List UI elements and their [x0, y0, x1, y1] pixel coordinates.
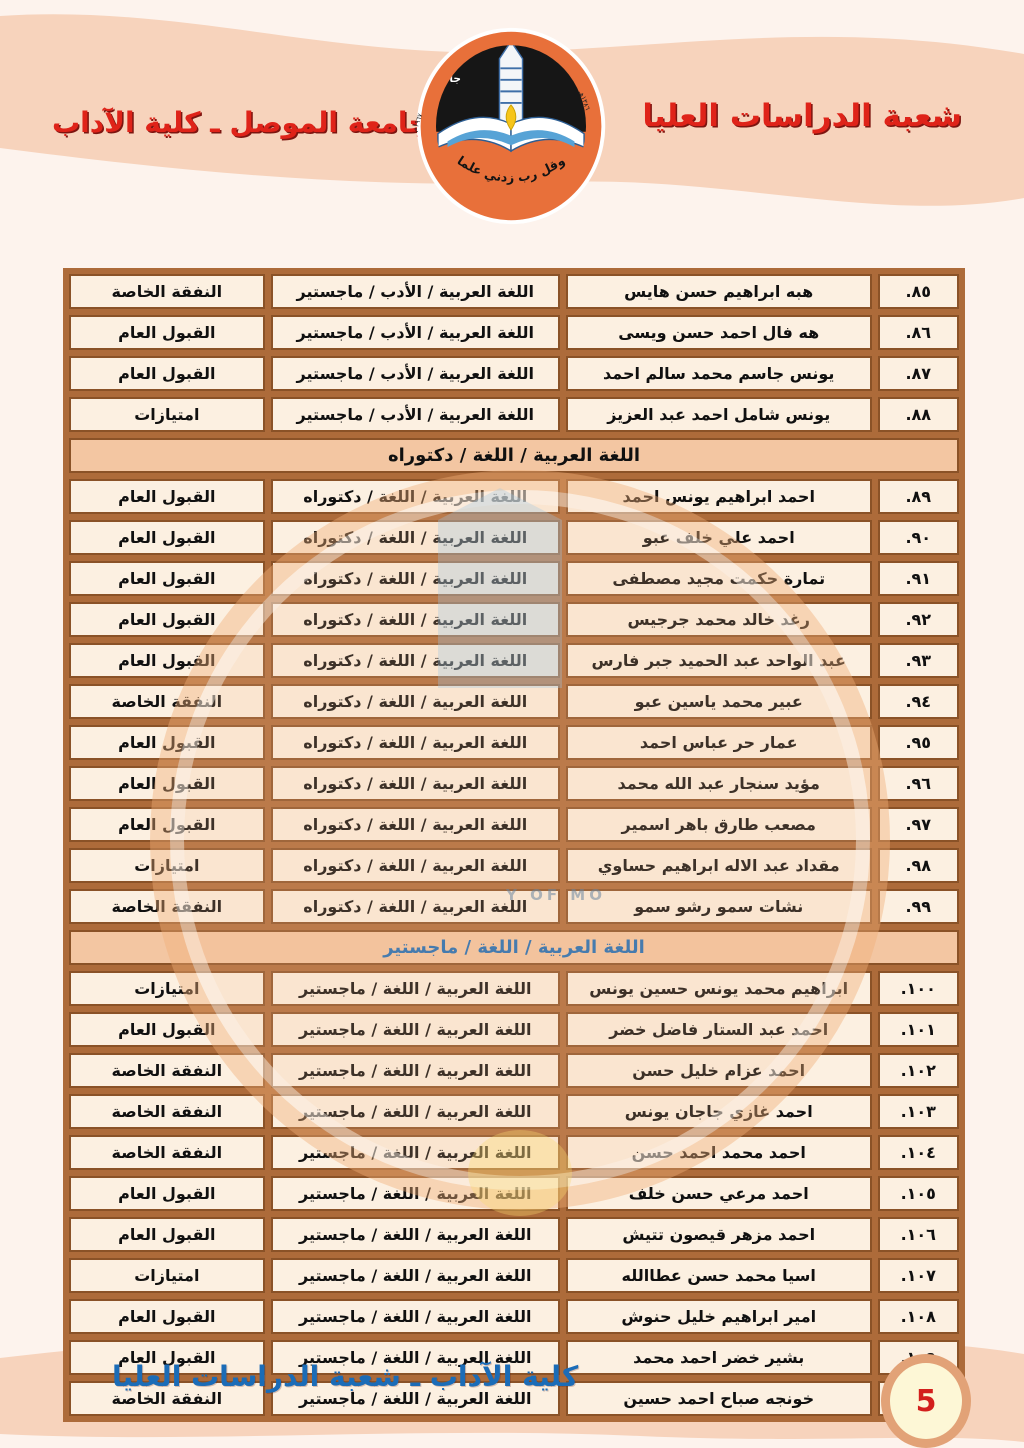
- page-number-badge: 5: [881, 1354, 971, 1448]
- student-row: ٨٨.يونس شامل احمد عبد العزيزاللغة العربي…: [69, 397, 959, 432]
- row-number-cell: ١٠١.: [878, 1012, 959, 1047]
- student-name-cell: احمد عزام خليل حسن: [566, 1053, 872, 1088]
- student-name-cell: احمد ابراهيم يونس احمد: [566, 479, 872, 514]
- student-row: ١٠٣.احمد غازي جاجان يونساللغة العربية / …: [69, 1094, 959, 1129]
- student-row: ٨٦.هه فال احمد حسن ويسىاللغة العربية / ا…: [69, 315, 959, 350]
- student-name-cell: امير ابراهيم خليل حنوش: [566, 1299, 872, 1334]
- program-cell: اللغة العربية / اللغة / دكتوراه: [271, 889, 560, 924]
- admission-type-cell: امتيازات: [69, 1258, 265, 1293]
- section-header-label: اللغة العربية / اللغة / دكتوراه: [69, 438, 959, 473]
- student-row: ٩١.تمارة حكمت مجيد مصطفىاللغة العربية / …: [69, 561, 959, 596]
- students-table: ٨٥.هبه ابراهيم حسن هايساللغة العربية / ا…: [63, 268, 965, 1422]
- university-logo: جامعة الموصل وقل رب زدني علما ١٣٨٦هـ ١٩٦…: [414, 26, 608, 226]
- program-cell: اللغة العربية / اللغة / دكتوراه: [271, 807, 560, 842]
- student-row: ٨٧.يونس جاسم محمد سالم احمداللغة العربية…: [69, 356, 959, 391]
- program-cell: اللغة العربية / اللغة / دكتوراه: [271, 520, 560, 555]
- student-row: ٩٨.مقداد عبد الاله ابراهيم حساوياللغة ال…: [69, 848, 959, 883]
- student-name-cell: يونس جاسم محمد سالم احمد: [566, 356, 872, 391]
- row-number-cell: ٨٨.: [878, 397, 959, 432]
- student-row: ٩٣.عبد الواحد عبد الحميد جبر فارساللغة ا…: [69, 643, 959, 678]
- admission-type-cell: امتيازات: [69, 397, 265, 432]
- page-number: 5: [916, 1384, 937, 1419]
- admission-type-cell: القبول العام: [69, 807, 265, 842]
- row-number-cell: ٩٦.: [878, 766, 959, 801]
- program-cell: اللغة العربية / الأدب / ماجستير: [271, 397, 560, 432]
- student-name-cell: يونس شامل احمد عبد العزيز: [566, 397, 872, 432]
- row-number-cell: ٩٠.: [878, 520, 959, 555]
- row-number-cell: ٩٧.: [878, 807, 959, 842]
- admission-type-cell: النفقة الخاصة: [69, 1053, 265, 1088]
- row-number-cell: ١٠٧.: [878, 1258, 959, 1293]
- admission-type-cell: النفقة الخاصة: [69, 684, 265, 719]
- row-number-cell: ١٠٠.: [878, 971, 959, 1006]
- program-cell: اللغة العربية / الأدب / ماجستير: [271, 274, 560, 309]
- admission-type-cell: القبول العام: [69, 1176, 265, 1211]
- admission-type-cell: القبول العام: [69, 315, 265, 350]
- admission-type-cell: النفقة الخاصة: [69, 889, 265, 924]
- student-row: ١٠٨.امير ابراهيم خليل حنوشاللغة العربية …: [69, 1299, 959, 1334]
- row-number-cell: ١٠٣.: [878, 1094, 959, 1129]
- admission-type-cell: القبول العام: [69, 1299, 265, 1334]
- program-cell: اللغة العربية / اللغة / ماجستير: [271, 1135, 560, 1170]
- students-table-body: ٨٥.هبه ابراهيم حسن هايساللغة العربية / ا…: [69, 274, 959, 1416]
- program-cell: اللغة العربية / اللغة / ماجستير: [271, 971, 560, 1006]
- student-name-cell: احمد مرعي حسن خلف: [566, 1176, 872, 1211]
- student-name-cell: اسيا محمد حسن عطاالله: [566, 1258, 872, 1293]
- student-name-cell: خونجه صباح احمد حسين: [566, 1381, 872, 1416]
- student-name-cell: عمار حر عباس احمد: [566, 725, 872, 760]
- program-cell: اللغة العربية / اللغة / ماجستير: [271, 1094, 560, 1129]
- row-number-cell: ٩٢.: [878, 602, 959, 637]
- row-number-cell: ١٠٨.: [878, 1299, 959, 1334]
- student-row: ٩٩.نشات سمو رشو سمواللغة العربية / اللغة…: [69, 889, 959, 924]
- row-number-cell: ٩٣.: [878, 643, 959, 678]
- program-cell: اللغة العربية / اللغة / دكتوراه: [271, 848, 560, 883]
- admission-type-cell: القبول العام: [69, 561, 265, 596]
- section-header-label: اللغة العربية / اللغة / ماجستير: [69, 930, 959, 965]
- program-cell: اللغة العربية / اللغة / ماجستير: [271, 1258, 560, 1293]
- program-cell: اللغة العربية / اللغة / دكتوراه: [271, 479, 560, 514]
- admission-type-cell: القبول العام: [69, 479, 265, 514]
- program-cell: اللغة العربية / اللغة / دكتوراه: [271, 643, 560, 678]
- admission-type-cell: القبول العام: [69, 643, 265, 678]
- program-cell: اللغة العربية / اللغة / ماجستير: [271, 1299, 560, 1334]
- row-number-cell: ٩٨.: [878, 848, 959, 883]
- program-cell: اللغة العربية / اللغة / دكتوراه: [271, 766, 560, 801]
- admission-type-cell: النفقة الخاصة: [69, 274, 265, 309]
- admission-type-cell: امتيازات: [69, 848, 265, 883]
- student-row: ١٠٧.اسيا محمد حسن عطااللهاللغة العربية /…: [69, 1258, 959, 1293]
- program-cell: اللغة العربية / الأدب / ماجستير: [271, 356, 560, 391]
- student-row: ٩٦.مؤيد سنجار عبد الله محمداللغة العربية…: [69, 766, 959, 801]
- row-number-cell: ١٠٤.: [878, 1135, 959, 1170]
- student-name-cell: مؤيد سنجار عبد الله محمد: [566, 766, 872, 801]
- row-number-cell: ١٠٥.: [878, 1176, 959, 1211]
- program-cell: اللغة العربية / الأدب / ماجستير: [271, 315, 560, 350]
- program-cell: اللغة العربية / اللغة / ماجستير: [271, 1012, 560, 1047]
- row-number-cell: ٩١.: [878, 561, 959, 596]
- university-logo-icon: جامعة الموصل وقل رب زدني علما ١٣٨٦هـ ١٩٦…: [414, 26, 608, 226]
- student-name-cell: عبير محمد ياسين عبو: [566, 684, 872, 719]
- admission-type-cell: القبول العام: [69, 520, 265, 555]
- student-name-cell: احمد علي خلف عبو: [566, 520, 872, 555]
- program-cell: اللغة العربية / اللغة / دكتوراه: [271, 684, 560, 719]
- admission-type-cell: القبول العام: [69, 1012, 265, 1047]
- row-number-cell: ٨٥.: [878, 274, 959, 309]
- row-number-cell: ٨٩.: [878, 479, 959, 514]
- row-number-cell: ١٠٦.: [878, 1217, 959, 1252]
- student-name-cell: احمد عبد الستار فاضل خضر: [566, 1012, 872, 1047]
- student-row: ١٠٥.احمد مرعي حسن خلفاللغة العربية / الل…: [69, 1176, 959, 1211]
- student-row: ١٠٦.احمد مزهر قيصون تتيشاللغة العربية / …: [69, 1217, 959, 1252]
- student-name-cell: تمارة حكمت مجيد مصطفى: [566, 561, 872, 596]
- row-number-cell: ٨٧.: [878, 356, 959, 391]
- admission-type-cell: القبول العام: [69, 356, 265, 391]
- admission-type-cell: القبول العام: [69, 602, 265, 637]
- student-row: ١٠٠.ابراهيم محمد يونس حسين يونساللغة الع…: [69, 971, 959, 1006]
- student-name-cell: احمد غازي جاجان يونس: [566, 1094, 872, 1129]
- student-row: ١٠٢.احمد عزام خليل حسناللغة العربية / ال…: [69, 1053, 959, 1088]
- row-number-cell: ٩٤.: [878, 684, 959, 719]
- program-cell: اللغة العربية / اللغة / دكتوراه: [271, 602, 560, 637]
- student-name-cell: ابراهيم محمد يونس حسين يونس: [566, 971, 872, 1006]
- row-number-cell: ٩٥.: [878, 725, 959, 760]
- student-row: ٩٤.عبير محمد ياسين عبواللغة العربية / ال…: [69, 684, 959, 719]
- admission-type-cell: النفقة الخاصة: [69, 1094, 265, 1129]
- student-row: ٨٥.هبه ابراهيم حسن هايساللغة العربية / ا…: [69, 274, 959, 309]
- program-cell: اللغة العربية / اللغة / ماجستير: [271, 1053, 560, 1088]
- admission-type-cell: القبول العام: [69, 1217, 265, 1252]
- row-number-cell: ٩٩.: [878, 889, 959, 924]
- program-cell: اللغة العربية / اللغة / ماجستير: [271, 1217, 560, 1252]
- student-name-cell: هه فال احمد حسن ويسى: [566, 315, 872, 350]
- student-name-cell: عبد الواحد عبد الحميد جبر فارس: [566, 643, 872, 678]
- student-row: ٩٢.رغد خالد محمد جرجيساللغة العربية / ال…: [69, 602, 959, 637]
- admission-type-cell: النفقة الخاصة: [69, 1135, 265, 1170]
- student-row: ٩٥.عمار حر عباس احمداللغة العربية / اللغ…: [69, 725, 959, 760]
- row-number-cell: ٨٦.: [878, 315, 959, 350]
- student-name-cell: هبه ابراهيم حسن هايس: [566, 274, 872, 309]
- student-row: ٩٠.احمد علي خلف عبواللغة العربية / اللغة…: [69, 520, 959, 555]
- student-name-cell: احمد محمد احمد حسن: [566, 1135, 872, 1170]
- student-row: ١٠١.احمد عبد الستار فاضل خضراللغة العربي…: [69, 1012, 959, 1047]
- row-number-cell: ١٠٢.: [878, 1053, 959, 1088]
- admission-type-cell: القبول العام: [69, 725, 265, 760]
- section-header-row: اللغة العربية / اللغة / دكتوراه: [69, 438, 959, 473]
- program-cell: اللغة العربية / اللغة / ماجستير: [271, 1176, 560, 1211]
- student-row: ٩٧.مصعب طارق باهر اسميراللغة العربية / ا…: [69, 807, 959, 842]
- program-cell: اللغة العربية / اللغة / دكتوراه: [271, 725, 560, 760]
- student-row: ١٠٤.احمد محمد احمد حسناللغة العربية / ال…: [69, 1135, 959, 1170]
- university-title: جامعة الموصل ـ كلية الآداب: [52, 106, 429, 139]
- student-name-cell: مصعب طارق باهر اسمير: [566, 807, 872, 842]
- admission-type-cell: القبول العام: [69, 766, 265, 801]
- footer-title: كلية الآداب ـ شعبة الدراسات العليا: [112, 1360, 578, 1393]
- student-name-cell: نشات سمو رشو سمو: [566, 889, 872, 924]
- admission-type-cell: امتيازات: [69, 971, 265, 1006]
- document-page: شعبة الدراسات العليا جامعة الموصل ـ كلية…: [0, 0, 1024, 1448]
- section-header-row: اللغة العربية / اللغة / ماجستير: [69, 930, 959, 965]
- student-row: ٨٩.احمد ابراهيم يونس احمداللغة العربية /…: [69, 479, 959, 514]
- division-title: شعبة الدراسات العليا: [642, 98, 962, 134]
- student-name-cell: بشير خضر احمد محمد: [566, 1340, 872, 1375]
- program-cell: اللغة العربية / اللغة / دكتوراه: [271, 561, 560, 596]
- student-name-cell: مقداد عبد الاله ابراهيم حساوي: [566, 848, 872, 883]
- student-name-cell: احمد مزهر قيصون تتيش: [566, 1217, 872, 1252]
- student-name-cell: رغد خالد محمد جرجيس: [566, 602, 872, 637]
